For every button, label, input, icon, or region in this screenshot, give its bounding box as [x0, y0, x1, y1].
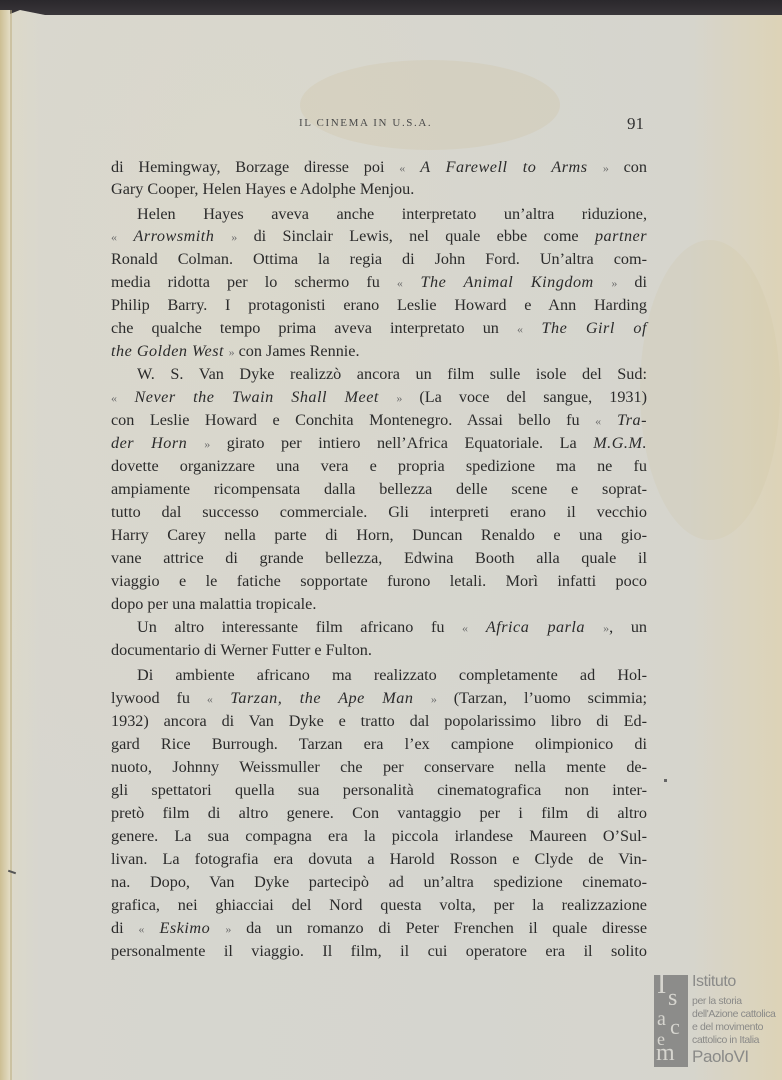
text-run: tutto dal successo commerciale. Gli inte… [111, 503, 647, 521]
text-run: W. S. Van Dyke realizzò ancora un film s… [137, 365, 647, 383]
text-run: con [609, 158, 647, 176]
text-run: , un [609, 618, 647, 636]
text-line: lywood fu « Tarzan, the Ape Man » (Tarza… [111, 687, 647, 709]
text-run: Di ambiente africano ma realizzato compl… [137, 666, 647, 684]
text-run: nuoto, Johnny Weissmuller che per conser… [111, 758, 647, 776]
italic-title: Tarzan, the Ape Man [213, 689, 431, 707]
text-run: da un romanzo di Peter Frenchen il quale… [231, 919, 647, 937]
text-line: Gary Cooper, Helen Hayes e Adolphe Menjo… [111, 178, 647, 200]
logo-line: e del movimento [692, 1021, 763, 1033]
text-line: vane attrice di grande bellezza, Edwina … [111, 547, 647, 569]
text-line: viaggio e le fatiche sopportate furono l… [111, 570, 647, 592]
text-line: pretò film di altro genere. Con vantaggi… [111, 802, 647, 824]
text-run: con Leslie Howard e Conchita Montenegro.… [111, 411, 595, 429]
italic-title: the Golden West [111, 342, 229, 360]
text-run: con James Rennie. [235, 342, 360, 360]
text-run: na. Dopo, Van Dyke partecipò ad un’altra… [111, 873, 647, 891]
paper-stain [640, 240, 780, 540]
text-run: pretò film di altro genere. Con vantaggi… [111, 804, 647, 822]
text-line: di Hemingway, Borzage diresse poi « A Fa… [111, 156, 647, 178]
text-line: W. S. Van Dyke realizzò ancora un film s… [137, 363, 647, 385]
text-run: genere. La sua compagna era la piccola i… [111, 827, 647, 845]
text-run: Philip Barry. I protagonisti erano Lesli… [111, 296, 647, 314]
text-run: (La voce del sangue, 1931) [402, 388, 647, 406]
logo-name: PaoloVI [692, 1047, 749, 1067]
italic-title: partner [595, 227, 647, 245]
page-spine-shadow [0, 10, 10, 1080]
text-run: di [111, 919, 138, 937]
text-run: Un altro interessante film africano fu [137, 618, 462, 636]
text-line: 1932) ancora di Van Dyke e tratto dal po… [111, 710, 647, 732]
text-line: personalmente il viaggio. Il film, il cu… [111, 940, 647, 962]
italic-title: The Animal Kingdom [403, 273, 611, 291]
text-line: tutto dal successo commerciale. Gli inte… [111, 501, 647, 523]
text-line: documentario di Werner Futter e Fulton. [111, 639, 647, 661]
text-run: Helen Hayes aveva anche interpretato un’… [137, 205, 647, 223]
italic-title: Eskimo [144, 919, 225, 937]
text-line: con Leslie Howard e Conchita Montenegro.… [111, 409, 647, 431]
text-run: viaggio e le fatiche sopportate furono l… [111, 572, 647, 590]
page-number: 91 [627, 114, 644, 134]
text-run: livan. La fotografia era dovuta a Harold… [111, 850, 647, 868]
text-run: grafica, nei ghiacciai del Nord questa v… [111, 896, 647, 914]
italic-title: The Girl of [523, 319, 647, 337]
running-head: IL CINEMA IN U.S.A. [299, 117, 432, 129]
logo-letter: m [656, 1043, 675, 1063]
text-line: dopo per una malattia tropicale. [111, 593, 647, 615]
text-run: di Hemingway, Borzage diresse poi [111, 158, 399, 176]
text-line: media ridotta per lo schermo fu « The An… [111, 271, 647, 293]
text-line: di « Eskimo » da un romanzo di Peter Fre… [111, 917, 647, 939]
watermark-logo: I s a c e m Istituto per la storia dell'… [654, 973, 782, 1073]
text-line: Philip Barry. I protagonisti erano Lesli… [111, 294, 647, 316]
logo-letter: I [657, 975, 666, 995]
text-line: ampiamente ricompensata dalla bellezza d… [111, 478, 647, 500]
text-line: livan. La fotografia era dovuta a Harold… [111, 848, 647, 870]
text-line: genere. La sua compagna era la piccola i… [111, 825, 647, 847]
text-run: lywood fu [111, 689, 207, 707]
text-run: media ridotta per lo schermo fu [111, 273, 397, 291]
italic-title: Arrowsmith [117, 227, 231, 245]
text-line: na. Dopo, Van Dyke partecipò ad un’altra… [111, 871, 647, 893]
page-fold-line [10, 10, 12, 1080]
text-run: gard Rice Burrough. Tarzan era l’ex camp… [111, 735, 647, 753]
text-run: vane attrice di grande bellezza, Edwina … [111, 549, 647, 567]
text-run: Gary Cooper, Helen Hayes e Adolphe Menjo… [111, 180, 414, 198]
italic-title: der Horn [111, 434, 204, 452]
text-line: der Horn » girato per intiero nell’Afric… [111, 432, 647, 454]
text-run: dovette organizzare una vera e propria s… [111, 457, 647, 475]
text-run: di [617, 273, 647, 291]
text-line: the Golden West » con James Rennie. [111, 340, 647, 362]
text-run: 1932) ancora di Van Dyke e tratto dal po… [111, 712, 647, 730]
text-line: Un altro interessante film africano fu «… [137, 616, 647, 638]
ink-speck [664, 779, 667, 782]
logo-title: Istituto [692, 973, 736, 991]
text-run: girato per intiero nell’Africa Equatoria… [210, 434, 593, 452]
text-line: dovette organizzare una vera e propria s… [111, 455, 647, 477]
text-run: Ronald Colman. Ottima la regia di John F… [111, 250, 647, 268]
text-run: ampiamente ricompensata dalla bellezza d… [111, 480, 647, 498]
italic-title: Africa parla [468, 618, 603, 636]
text-line: Di ambiente africano ma realizzato compl… [137, 664, 647, 686]
text-run: documentario di Werner Futter e Fulton. [111, 641, 372, 659]
text-run: che qualche tempo prima aveva interpreta… [111, 319, 517, 337]
text-line: gli spettatori quella sua personalità ci… [111, 779, 647, 801]
logo-line: cattolico in Italia [692, 1034, 759, 1046]
logo-line: per la storia [692, 995, 742, 1007]
text-run: personalmente il viaggio. Il film, il cu… [111, 942, 647, 960]
logo-letter: a [657, 1009, 666, 1029]
text-line: grafica, nei ghiacciai del Nord questa v… [111, 894, 647, 916]
italic-title: Tra- [601, 411, 647, 429]
text-line: Helen Hayes aveva anche interpretato un’… [137, 203, 647, 225]
italic-title: A Farewell to Arms [405, 158, 603, 176]
logo-monogram: I s a c e m [654, 975, 688, 1067]
scanner-background [0, 0, 782, 16]
text-run: gli spettatori quella sua personalità ci… [111, 781, 647, 799]
text-line: Harry Carey nella parte di Horn, Duncan … [111, 524, 647, 546]
text-run: Harry Carey nella parte di Horn, Duncan … [111, 526, 647, 544]
italic-title: M.G.M. [593, 434, 647, 452]
text-run: dopo per una malattia tropicale. [111, 595, 316, 613]
text-line: « Arrowsmith » di Sinclair Lewis, nel qu… [111, 225, 647, 247]
logo-letter: s [668, 988, 677, 1008]
text-run: di Sinclair Lewis, nel quale ebbe come [237, 227, 595, 245]
text-line: « Never the Twain Shall Meet » (La voce … [111, 386, 647, 408]
text-line: che qualche tempo prima aveva interpreta… [111, 317, 647, 339]
logo-letter: c [670, 1017, 680, 1037]
paper-stain [300, 60, 560, 150]
text-line: nuoto, Johnny Weissmuller che per conser… [111, 756, 647, 778]
logo-line: dell'Azione cattolica [692, 1008, 776, 1020]
text-line: Ronald Colman. Ottima la regia di John F… [111, 248, 647, 270]
italic-title: Never the Twain Shall Meet [117, 388, 396, 406]
text-run: (Tarzan, l’uomo scimmia; [437, 689, 647, 707]
text-line: gard Rice Burrough. Tarzan era l’ex camp… [111, 733, 647, 755]
